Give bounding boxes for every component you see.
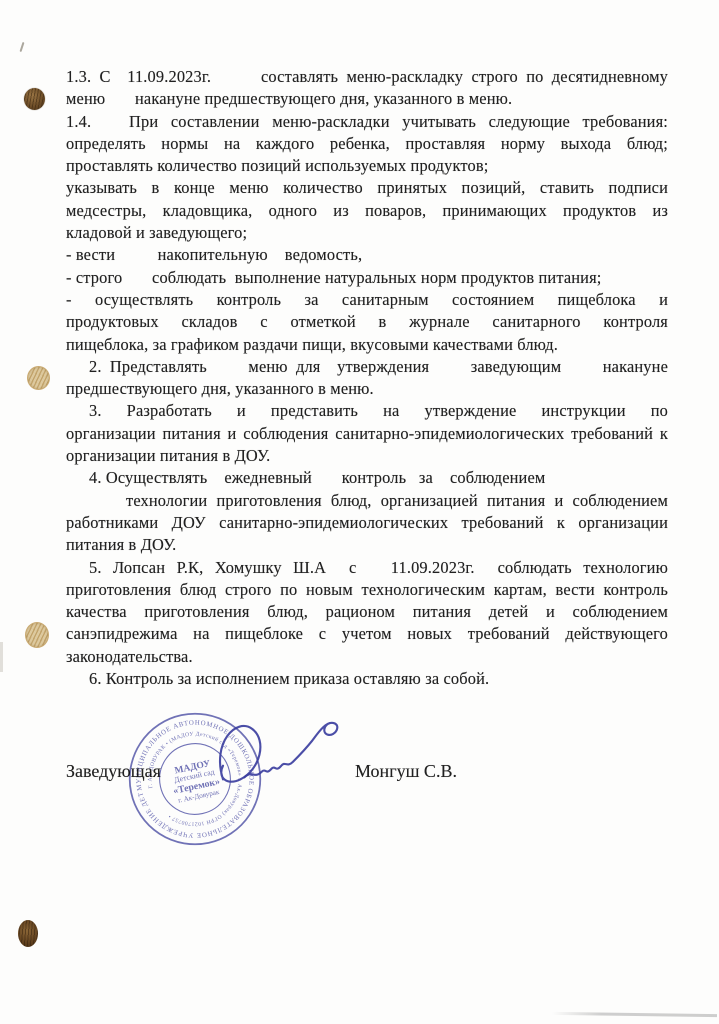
text-line: питания в ДОУ. — [66, 534, 668, 556]
text-line: меню накануне предшествующего дня, указа… — [66, 88, 668, 110]
paper-fastener-top — [24, 88, 45, 110]
text-line: приготовления блюд строго по новым техно… — [66, 579, 668, 601]
text-line: продуктовых складов с отметкой в журнале… — [66, 311, 668, 333]
text-line: качества приготовления блюд, рационом пи… — [66, 601, 668, 623]
text-line: 5. Лопсан Р.К, Хомушку Ш.А с 11.09.2023г… — [66, 557, 668, 579]
text-line: 1.4. При составлении меню-раскладки учит… — [66, 111, 668, 133]
page-edge-shadow — [552, 1012, 717, 1017]
text-line: 2. Представлять меню для утверждения зав… — [66, 356, 668, 378]
text-line: определять нормы на каждого ребенка, про… — [66, 133, 668, 155]
paper-fastener-upper-middle — [27, 366, 50, 390]
text-line: пищеблока, за графиком раздачи пищи, вку… — [66, 334, 668, 356]
text-line: - строго соблюдать выполнение натуральны… — [66, 267, 668, 289]
text-line: работниками ДОУ санитарно-эпидемиологиче… — [66, 512, 668, 534]
text-line: - осуществлять контроль за санитарным со… — [66, 289, 668, 311]
handwritten-signature — [190, 708, 355, 808]
text-line: законодательства. — [66, 646, 668, 668]
text-line: 3. Разработать и представить на утвержде… — [66, 400, 668, 422]
signatory-name: Монгуш С.В. — [355, 761, 457, 782]
text-line: указывать в конце меню количество принят… — [66, 177, 668, 199]
text-line: санэпидрежима на пищеблоке с учетом новы… — [66, 623, 668, 645]
text-line: предшествующего дня, указанного в меню. — [66, 378, 668, 400]
scan-edge-artifact-left — [0, 642, 3, 672]
text-line: технологии приготовления блюд, организац… — [66, 490, 668, 512]
pen-mark — [20, 42, 25, 52]
paper-fastener-lower-middle — [25, 622, 49, 648]
text-line: проставлять количество позиций используе… — [66, 155, 668, 177]
text-line: 1.3. С 11.09.2023г. составлять меню-раск… — [66, 66, 668, 88]
text-line: кладовой и заведующего; — [66, 222, 668, 244]
text-line: организации питания в ДОУ. — [66, 445, 668, 467]
text-line: 4. Осуществлять ежедневный контроль за с… — [66, 467, 668, 489]
text-line: организации питания и соблюдения санитар… — [66, 423, 668, 445]
document-body: 1.3. С 11.09.2023г. составлять меню-раск… — [66, 66, 668, 690]
text-line: медсестры, кладовщика, одного из поваров… — [66, 200, 668, 222]
text-line: - вести накопительную ведомость, — [66, 244, 668, 266]
paper-fastener-bottom — [18, 920, 38, 947]
text-line: 6. Контроль за исполнением приказа остав… — [66, 668, 668, 690]
scanned-document-page: 1.3. С 11.09.2023г. составлять меню-раск… — [0, 0, 719, 1024]
